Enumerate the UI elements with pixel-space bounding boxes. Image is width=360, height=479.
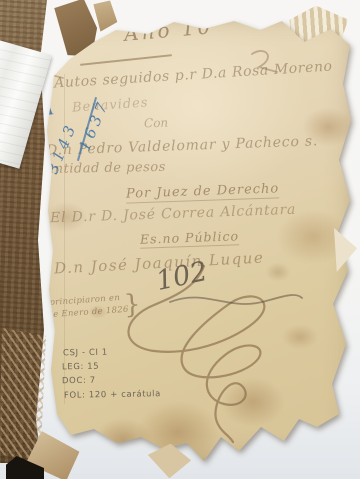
date-note-line2: 27 de Enero de 1826: [33, 305, 129, 322]
blue-annotation-letter: A: [40, 99, 55, 120]
manuscript-photograph: Año 10 Autos seguidos p.r D.a Rosa Moren…: [0, 0, 360, 479]
date-note-bracket: }: [123, 290, 141, 321]
pen-flourish-dash: [80, 54, 172, 66]
folio-underline-stroke: [166, 288, 306, 314]
case-title-line3: Con: [144, 116, 169, 131]
archive-ref-fondo: CSJ - CI 1: [63, 348, 108, 359]
judge-heading: Por Juez de Derecho: [126, 181, 280, 203]
rubric-flourish: [116, 258, 291, 448]
year-heading: Año 10: [123, 14, 214, 46]
archive-ref-documento: DOC: 7: [62, 376, 96, 387]
page-shadow-wrap: Año 10 Autos seguidos p.r D.a Rosa Moren…: [28, 12, 358, 464]
manuscript-cover-page: Año 10 Autos seguidos p.r D.a Rosa Moren…: [28, 12, 358, 464]
judge-name: El D.r D. José Correa Alcántara: [50, 202, 297, 227]
scribe-heading: Es.no Público: [140, 228, 240, 248]
faint-stamp-mark: 04: [38, 40, 51, 52]
archive-ref-folios: FOL: 120 + carátula: [64, 389, 161, 401]
archive-ref-legajo: LEG: 15: [62, 362, 99, 373]
